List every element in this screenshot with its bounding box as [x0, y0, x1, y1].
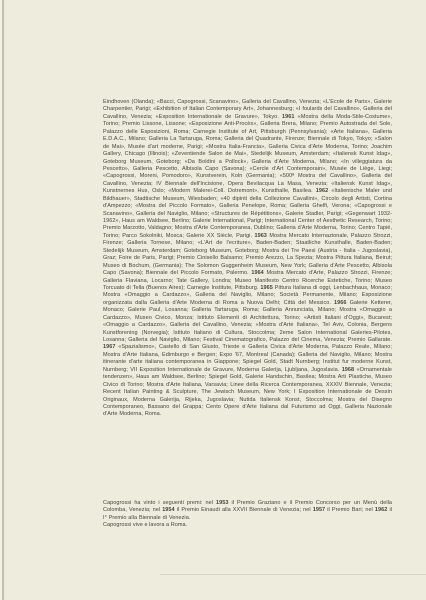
- residence-line: Capogrossi vive e lavora a Roma.: [103, 522, 392, 529]
- scanned-page: Eindhoven (Olanda); «Bacci, Capogrossi, …: [0, 0, 426, 600]
- exhibitions-paragraph: Eindhoven (Olanda); «Bacci, Capogrossi, …: [103, 99, 392, 419]
- scan-crease-line: [160, 574, 426, 575]
- awards-paragraph: Capogrossi ha vinto i seguenti premi: ne…: [103, 500, 392, 522]
- scan-edge-shadow: [2, 0, 4, 600]
- awards-block: Capogrossi ha vinto i seguenti premi: ne…: [103, 500, 392, 530]
